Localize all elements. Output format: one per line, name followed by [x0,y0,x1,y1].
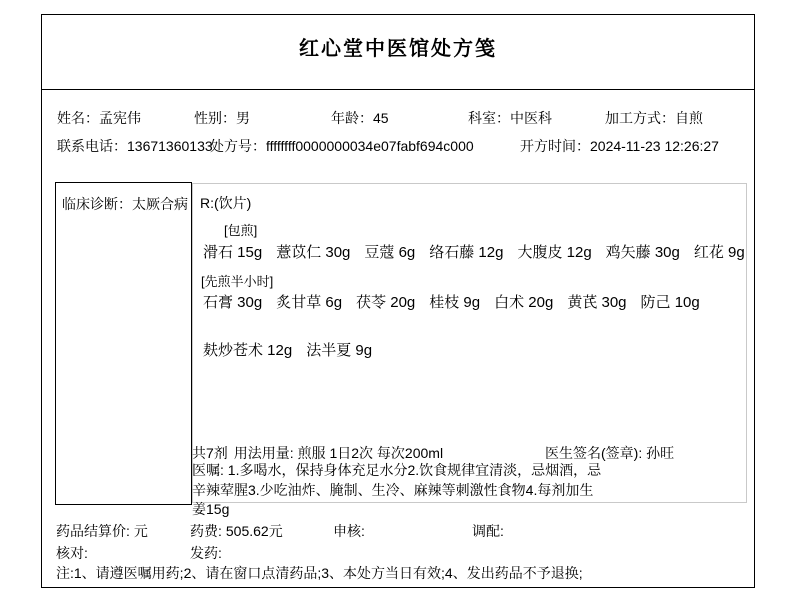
check-field: 核对: [56,543,88,563]
patient-gender-value: 男 [236,110,250,126]
herb-item: 豆蔻 6g [364,244,415,261]
medical-advice-line: 辛辣荤腥3.少吃油炸、腌制、生冷、麻辣等刺激性食物4.每剂加生 [192,481,601,501]
clinic-title: 红心堂中医馆处方笺 [42,32,754,61]
medical-advice: 医嘱: 1.多喝水，保持身体充足水分2.饮食规律宜清淡，忌烟酒，忌 辛辣荤腥3.… [192,461,601,520]
prepare-field: 调配: [472,521,504,541]
usage-value: 煎服 1日2次 每次200ml [298,445,443,461]
herb-item: 桂枝 9g [429,294,480,311]
total-doses: 共7剂 [192,445,228,461]
processing-method-field: 加工方式：自煎 [605,108,703,128]
herb-item: 大腹皮 12g [517,244,591,261]
prescription-number-field: 处方号：ffffffff0000000034e07fabf694c000 [210,136,474,156]
patient-gender-label: 性别： [194,110,236,126]
rx-group-label-xianjian: [先煎半小时] [201,271,273,290]
issue-time-value: 2024-11-23 12:26:27 [590,138,719,154]
settlement-price-value: 元 [134,523,148,539]
herb-item: 黄芪 30g [567,294,626,311]
prescription-sheet: 红心堂中医馆处方笺 姓名：孟宪伟 性别：男 年龄：45 科室：中医科 加工方式：… [41,14,755,588]
herb-item: 茯苓 20g [356,294,415,311]
rx-herb-line-2: 石膏 30g炙甘草 6g茯苓 20g桂枝 9g白术 20g黄芪 30g防己 10… [203,291,714,312]
usage-line: 共7剂用法用量: 煎服 1日2次 每次200ml 医生签名(签章): 孙旺 [192,443,748,463]
rx-herb-line-3: 麸炒苍术 12g法半夏 9g [203,339,386,360]
herb-item: 鸡矢藤 30g [606,244,680,261]
herb-item: 络石藤 12g [429,244,503,261]
prescription-number-label: 处方号： [210,138,266,154]
header-divider [42,89,754,90]
herb-item: 白术 20g [494,294,553,311]
medicine-fee-value: 505.62元 [226,523,283,539]
medical-advice-line: 医嘱: 1.多喝水，保持身体充足水分2.饮食规律宜清淡，忌烟酒，忌 [192,461,601,481]
herb-item: 麸炒苍术 12g [203,342,292,359]
patient-department-field: 科室：中医科 [468,108,552,128]
processing-method-value: 自煎 [675,110,703,126]
diagnosis-value: 太厥合病 [132,196,188,212]
patient-department-value: 中医科 [510,110,552,126]
rx-herb-line-1: 滑石 15g薏苡仁 30g豆蔻 6g络石藤 12g大腹皮 12g鸡矢藤 30g红… [203,241,759,262]
doctor-signature-label: 医生签名(签章): [545,445,642,461]
herb-item: 法半夏 9g [306,342,372,359]
patient-name-label: 姓名： [57,110,99,126]
rx-group-label-baojian: [包煎] [224,220,257,239]
doctor-signature-value: 孙旺 [646,445,674,461]
medicine-fee-label: 药费: [190,523,222,539]
prescription-page: 红心堂中医馆处方笺 姓名：孟宪伟 性别：男 年龄：45 科室：中医科 加工方式：… [0,0,800,600]
herb-item: 防己 10g [641,294,700,311]
issue-time-field: 开方时间：2024-11-23 12:26:27 [520,136,719,156]
doctor-signature: 医生签名(签章): 孙旺 [545,443,674,463]
medicine-fee-field: 药费:505.62元 [190,521,283,541]
herb-item: 滑石 15g [203,244,262,261]
dispense-field: 发药: [190,543,222,563]
patient-phone-field: 联系电话：13671360133 [57,136,213,156]
medical-advice-line: 姜15g [192,500,601,520]
herb-item: 红花 9g [694,244,745,261]
patient-name-value: 孟宪伟 [99,110,141,126]
herb-item: 石膏 30g [203,294,262,311]
patient-gender-field: 性别：男 [194,108,250,128]
patient-age-field: 年龄：45 [331,108,389,128]
herb-item: 炙甘草 6g [276,294,342,311]
processing-method-label: 加工方式： [605,110,675,126]
patient-department-label: 科室： [468,110,510,126]
patient-phone-label: 联系电话： [57,138,127,154]
rx-header: R:(饮片) [200,193,251,213]
patient-age-value: 45 [373,110,389,126]
diagnosis-cell: 临床诊断：太厥合病 [55,182,192,505]
footer-note: 注:1、请遵医嘱用药;2、请在窗口点清药品;3、本处方当日有效;4、发出药品不予… [56,563,583,583]
usage-label: 用法用量: [234,445,294,461]
settlement-price-label: 药品结算价: [56,523,130,539]
patient-phone-value: 13671360133 [127,138,213,154]
prescription-number-value: ffffffff0000000034e07fabf694c000 [266,138,474,154]
diagnosis-label: 临床诊断： [62,196,132,212]
settlement-price-field: 药品结算价:元 [56,521,148,541]
issue-time-label: 开方时间： [520,138,590,154]
patient-name-field: 姓名：孟宪伟 [57,108,141,128]
herb-item: 薏苡仁 30g [276,244,350,261]
patient-age-label: 年龄： [331,110,373,126]
review-field: 申核: [333,521,365,541]
